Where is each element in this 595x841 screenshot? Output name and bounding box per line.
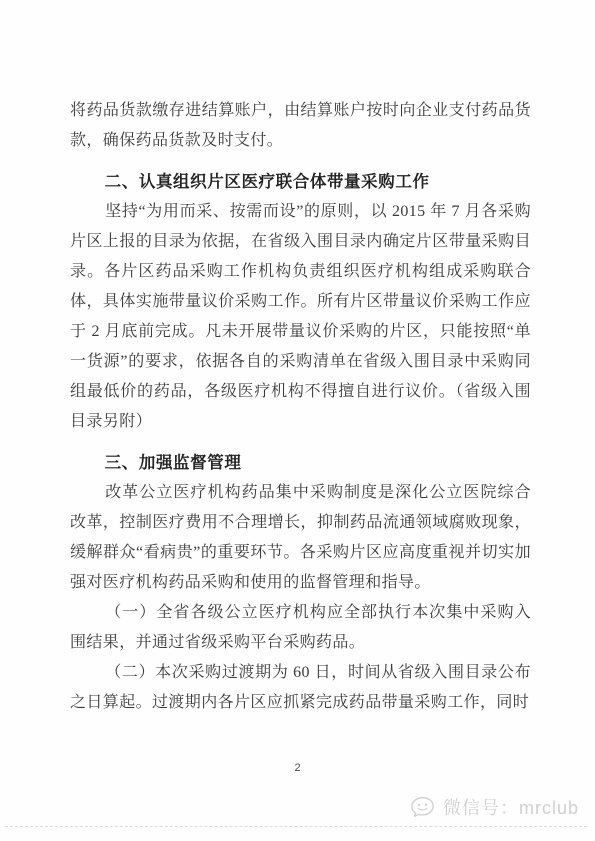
document-body: 将药品货款缴存进结算账户，由结算账户按时向企业支付药品货款，确保药品货款及时支付… [70, 96, 531, 718]
body-paragraph-item-2: （二）本次采购过渡期为 60 日，时间从省级入围目录公布之日算起。过渡期内各片区… [70, 658, 531, 718]
wechat-smiley-icon [409, 796, 436, 819]
watermark: 微信号：mrclub [409, 794, 579, 820]
page-number: 2 [0, 762, 595, 774]
body-paragraph: 坚持“为用而采、按需而设”的原则，以 2015 年 7 月各采购片区上报的目录为… [70, 197, 531, 437]
watermark-text: 微信号：mrclub [443, 794, 579, 820]
document-page: 将药品货款缴存进结算账户，由结算账户按时向企业支付药品货款，确保药品货款及时支付… [0, 0, 595, 841]
body-paragraph-item-1: （一）全省各级公立医疗机构应全部执行本次集中采购入围结果，并通过省级采购平台采购… [70, 598, 531, 658]
body-paragraph-continuation: 将药品货款缴存进结算账户，由结算账户按时向企业支付药品货款，确保药品货款及时支付… [70, 96, 531, 156]
scan-artifact-line [5, 826, 587, 827]
section-heading-3: 三、加强监督管理 [70, 448, 531, 478]
section-heading-2: 二、认真组织片区医疗联合体带量采购工作 [70, 167, 531, 197]
body-paragraph: 改革公立医疗机构药品集中采购制度是深化公立医院综合改革，控制医疗费用不合理增长，… [70, 478, 531, 598]
